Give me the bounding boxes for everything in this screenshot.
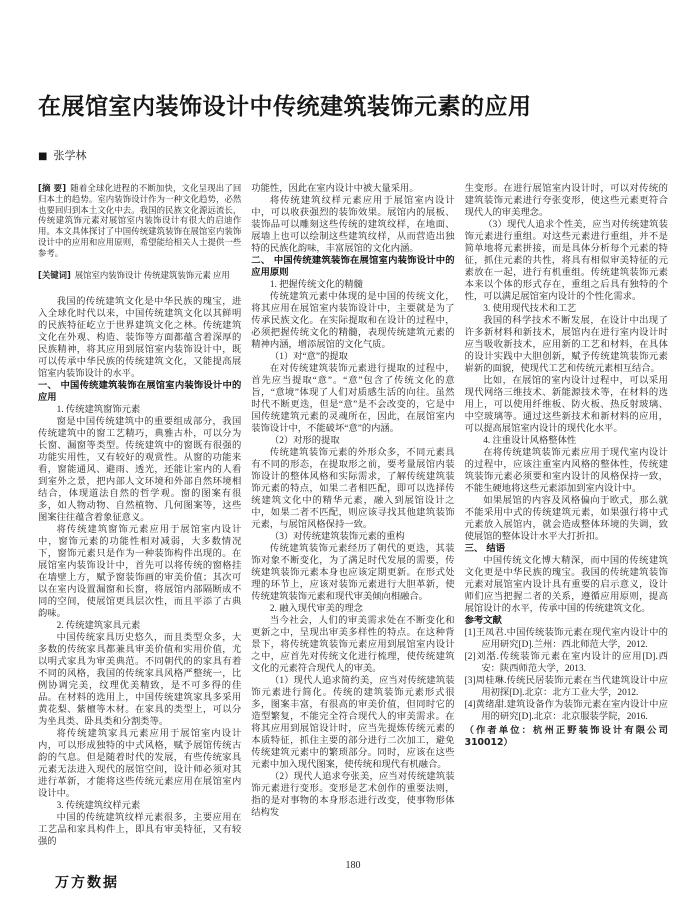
paragraph: 传统建筑装饰元素经历了朝代的更迭，其装饰对象不断变化，为了满足时代发展的需要，传… — [251, 543, 454, 603]
reference-item: [3]周桂琳.传统民居装饰元素在当代建筑设计中应用初探[D].北京：北方工业大学… — [465, 675, 668, 699]
sub-heading: （3）对传统建筑装饰元素的重构 — [251, 531, 454, 543]
abstract: [摘 要]随着全球化进程的不断加快，文化呈现出了回归本土的趋势。室内装饰设计作为… — [38, 183, 241, 260]
keywords: [关键词]展馆室内装饰设计 传统建筑装饰元素 应用 — [38, 270, 241, 282]
paragraph: 传统建筑装饰元素的外形众多，不同元素具有不同的形态，在提取形之前，要考量展馆内装… — [251, 447, 454, 531]
paragraph: 中国的传统建筑纹样元素很多，主要应用在工艺品和家具构件上，即具有审美特征，又有较… — [38, 812, 241, 848]
sub-heading: 2. 传统建筑家具元素 — [38, 620, 241, 632]
paragraph: （3）现代人追求个性美，应当对传统建筑装饰元素进行重组。对这些元素进行重组，并不… — [465, 219, 668, 303]
paragraph-continued: 功能性，因此在室内设计中被大量采用。 — [251, 183, 454, 195]
sub-heading: 4. 注重设计风格整体性 — [465, 435, 668, 447]
page-number: 180 — [38, 860, 668, 871]
paragraph: 窗是中国传统建筑中的重要组成部分，我国传统建筑中的窗工艺精巧，典雅古朴，可以分为… — [38, 416, 241, 524]
sub-heading: （1）对“意”的提取 — [251, 351, 454, 363]
watermark-logo: 万方数据 — [55, 872, 119, 892]
paragraph: 中国传统家具历史悠久，而且类型众多，大多数的传统家具都兼具审美价值和实用价值，尤… — [38, 632, 241, 728]
paragraph: 传统建筑元素中体现的是中国的传统文化，将其应用在展馆室内装饰设计中，主要就是为了… — [251, 291, 454, 351]
paragraph: 将传统建筑纹样元素应用于展馆室内设计中，可以收获强烈的装饰效果。展馆内的展板、装… — [251, 195, 454, 255]
column-1: [摘 要]随着全球化进程的不断加快，文化呈现出了回归本土的趋势。室内装饰设计作为… — [38, 183, 241, 848]
sub-heading: 2. 融入现代审美的理念 — [251, 603, 454, 615]
paragraph: （2）现代人追求夸张美，应当对传统建筑装饰元素进行变形。变形是艺术创作的重要法则… — [251, 771, 454, 819]
paragraph: 将传统建筑家具元素应用于展馆室内设计内，可以形成独特的中式风格，赋予展馆传统古韵… — [38, 728, 241, 800]
abstract-text: 随着全球化进程的不断加快，文化呈现出了回归本土的趋势。室内装饰设计作为一种文化趋… — [38, 184, 241, 258]
author-affiliation: （作者单位：杭州正野装饰设计有限公司 310012） — [465, 725, 668, 749]
author-line: ■张学林 — [38, 147, 86, 163]
paragraph-continued: 生变形。在进行展馆室内设计时，可以对传统的建筑装饰元素进行夸张变形，使这些元素更… — [465, 183, 668, 219]
keywords-text: 展馆室内装饰设计 传统建筑装饰元素 应用 — [75, 271, 230, 280]
sub-heading: 3. 传统建筑纹样元素 — [38, 800, 241, 812]
paragraph: 比如，在展馆的室内设计过程中，可以采用现代网络三维技术、新能源技术等，在材料的选… — [465, 375, 668, 435]
column-3: 生变形。在进行展馆室内设计时，可以对传统的建筑装饰元素进行夸张变形，使这些元素更… — [465, 183, 668, 749]
article-body: [摘 要]随着全球化进程的不断加快，文化呈现出了回归本土的趋势。室内装饰设计作为… — [38, 183, 668, 848]
paragraph: 中国传统文化博大精深，而中国的传统建筑文化更是中华民族的瑰宝。我国的传统建筑装饰… — [465, 555, 668, 615]
section-heading: 二、 中国传统建筑装饰在展馆室内装饰设计中的应用原则 — [251, 255, 454, 279]
paragraph: （1）现代人追求简约美，应当对传统建筑装饰元素进行简化。传统的建筑装饰元素形式很… — [251, 675, 454, 771]
reference-item: [4]黄绪甜.建筑设备作为装饰元素在室内设计中应用的研究[D].北京：北京服装学… — [465, 699, 668, 723]
reference-item: [1]王凤君.中国传统装饰元素在现代室内设计中的应用研究[D].兰州：西北师范大… — [465, 627, 668, 651]
column-2: 功能性，因此在室内设计中被大量采用。将传统建筑纹样元素应用于展馆室内设计中，可以… — [251, 183, 454, 819]
author-name: 张学林 — [53, 149, 86, 162]
keywords-label: [关键词] — [38, 270, 71, 280]
paragraph: 在对传统建筑装饰元素进行提取的过程中，首先应当提取“意”。“意”包含了传统文化的… — [251, 363, 454, 435]
author-marker-icon: ■ — [38, 151, 47, 162]
section-heading: 三、 结语 — [465, 543, 668, 555]
paragraph: 当今社会，人们的审美需求处在不断变化和更新之中，呈现出审美多样性的特点。在这种背… — [251, 615, 454, 675]
reference-item: [2]刘湉.传统装饰元素在室内设计的应用[D].西安：陕西师范大学，2013. — [465, 651, 668, 675]
sub-heading: （2）对形的提取 — [251, 435, 454, 447]
section-heading: 一、 中国传统建筑装饰在展馆室内装饰设计中的应用 — [38, 380, 241, 404]
sub-heading: 3. 使用现代技术和工艺 — [465, 303, 668, 315]
paragraph: 我国的传统建筑文化是中华民族的瑰宝，进入全球化时代以来，中国传统建筑文化以其鲜明… — [38, 296, 241, 380]
sub-heading: 1. 传统建筑窗饰元素 — [38, 404, 241, 416]
paragraph: 将传统建筑窗饰元素应用于展馆室内设计中，窗饰元素的功能性相对减弱，大多数情况下，… — [38, 524, 241, 620]
paragraph: 我国的科学技术不断发展，在设计中出现了许多新材料和新技术，展馆内在进行室内设计时… — [465, 315, 668, 375]
abstract-label: [摘 要] — [38, 183, 66, 193]
paragraph: 如果展馆的内容及风格偏向于欧式，那么就不能采用中式的传统建筑元素，如果强行将中式… — [465, 495, 668, 543]
sub-heading: 1. 把握传统文化的精髓 — [251, 279, 454, 291]
paper-title: 在展馆室内装饰设计中传统建筑装饰元素的应用 — [38, 92, 662, 122]
paper-page: 在展馆室内装饰设计中传统建筑装饰元素的应用 ■张学林 [摘 要]随着全球化进程的… — [0, 0, 700, 913]
paragraph: 在将传统建筑装饰元素应用于现代室内设计的过程中，应该注重室内风格的整体性，传统建… — [465, 447, 668, 495]
section-heading: 参考文献 — [465, 615, 668, 627]
